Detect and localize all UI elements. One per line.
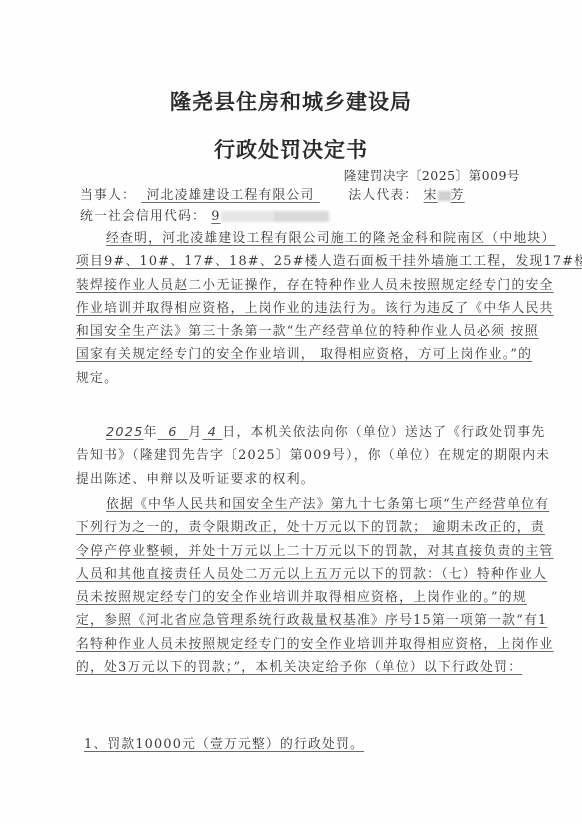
document-title: 行政处罚决定书 (0, 134, 582, 164)
issuer-heading: 隆尧县住房和城乡建设局 (0, 86, 582, 116)
document-number: 隆建罚决字〔2025〕第009号 (344, 166, 520, 184)
document-page: 隆尧县住房和城乡建设局 行政处罚决定书 隆建罚决字〔2025〕第009号 当事人… (0, 0, 582, 824)
handwritten-month: 6 (158, 425, 189, 440)
legal-rep-value: 宋芳 (424, 188, 465, 203)
facts-paragraph: 经查明，河北凌雄建设工程有限公司施工的隆尧金科和院南区（中地块） 项目9#、10… (80, 227, 550, 390)
credit-code-line: 统一社会信用代码： 9 (80, 205, 329, 224)
party-value: 河北凌雄建设工程有限公司 (141, 188, 320, 203)
legal-rep-label: 法人代表： (348, 188, 418, 203)
party-label: 当事人： (80, 188, 136, 203)
penalty-item: 1、罚款10000元（壹万元整）的行政处罚。 (84, 733, 364, 752)
party-line: 当事人： 河北凌雄建设工程有限公司 法人代表： 宋芳 (80, 184, 465, 203)
notice-paragraph: 2025年 6 月 4 日，本机关依法向你（单位）送达了《行政处罚事先 告知书》… (80, 421, 550, 491)
handwritten-day: 4 (202, 425, 222, 440)
legal-basis-paragraph: 依据《中华人民共和国安全生产法》第九十七条第七项“生产经营单位有 下列行为之一的… (80, 493, 550, 679)
credit-code-value: 9 (211, 209, 328, 224)
credit-code-label: 统一社会信用代码： (80, 209, 206, 224)
handwritten-year: 2025 (106, 425, 144, 440)
